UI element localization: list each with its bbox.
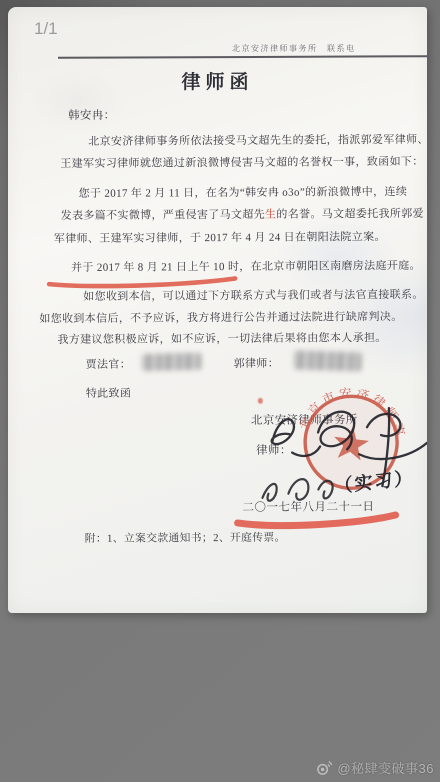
lawyer-contact-label: 郭律师：: [234, 355, 280, 371]
hearing-date-line: 并于 2017 年 8 月 21 日上午 10 时，在北京市朝阳区南磨房法庭开庭…: [71, 257, 421, 275]
weibo-eye-icon: [316, 759, 333, 776]
letter-body: 韩安冉： 北京安济律师事务所依法接受马文超先生的委托，指派郭爱军律师、 王建军实…: [8, 7, 427, 613]
salutation: 韩安冉：: [68, 107, 116, 123]
watermark-handle: @秘肆变破事36: [337, 758, 434, 777]
body-line: 我方建议您积极应诉，如不应诉，一切法律后果将由您本人承担。: [57, 329, 386, 347]
red-corrected-char: 生: [265, 209, 276, 221]
attachment-line: 附：1、立案交款通知书；2、开庭传票。: [85, 530, 286, 546]
body-text: 的名誉。马文超委托我所郭爱: [276, 208, 424, 221]
body-line: 如您收到本信后，不予应诉，我方将进行公告并通过法院进行缺席判决。: [39, 308, 402, 326]
redacted-judge-contact: [141, 353, 201, 371]
document-photo[interactable]: 1/1 北京安济律师事务所 联系电 律师函 韩安冉： 北京安济律师事务所依法接受…: [0, 0, 440, 782]
body-text: 发表多篇不实微博，严重侵害了马文超先: [61, 209, 265, 222]
body-line: 如您收到本信，可以通过下方联系方式与我们或者与法官直接联系。: [83, 286, 424, 304]
redacted-lawyer-contact: [293, 350, 362, 371]
body-line: 王建军实习律师就您通过新浪微博侵害马文超的名誉权一事，致函如下：: [60, 153, 423, 171]
body-line: 您于 2017 年 2 月 11 日，在名为“韩安冉 o3o”的新浪微博中，连续: [79, 183, 408, 201]
weibo-watermark: @秘肆变破事36: [316, 758, 434, 777]
body-line: 北京安济律师事务所依法接受马文超先生的委托，指派郭爱军律师、: [88, 131, 427, 149]
letter-paper: 1/1 北京安济律师事务所 联系电 律师函 韩安冉： 北京安济律师事务所依法接受…: [8, 7, 427, 613]
closing-line: 特此致函: [86, 385, 132, 401]
body-line: 发表多篇不实微博，严重侵害了马文超先生的名誉。马文超委托我所郭爱: [61, 205, 424, 223]
judge-contact-label: 贾法官：: [86, 356, 132, 372]
body-line: 军律师、王建军实习律师，于 2017 年 4 月 24 日在朝阳法院立案。: [54, 228, 386, 246]
